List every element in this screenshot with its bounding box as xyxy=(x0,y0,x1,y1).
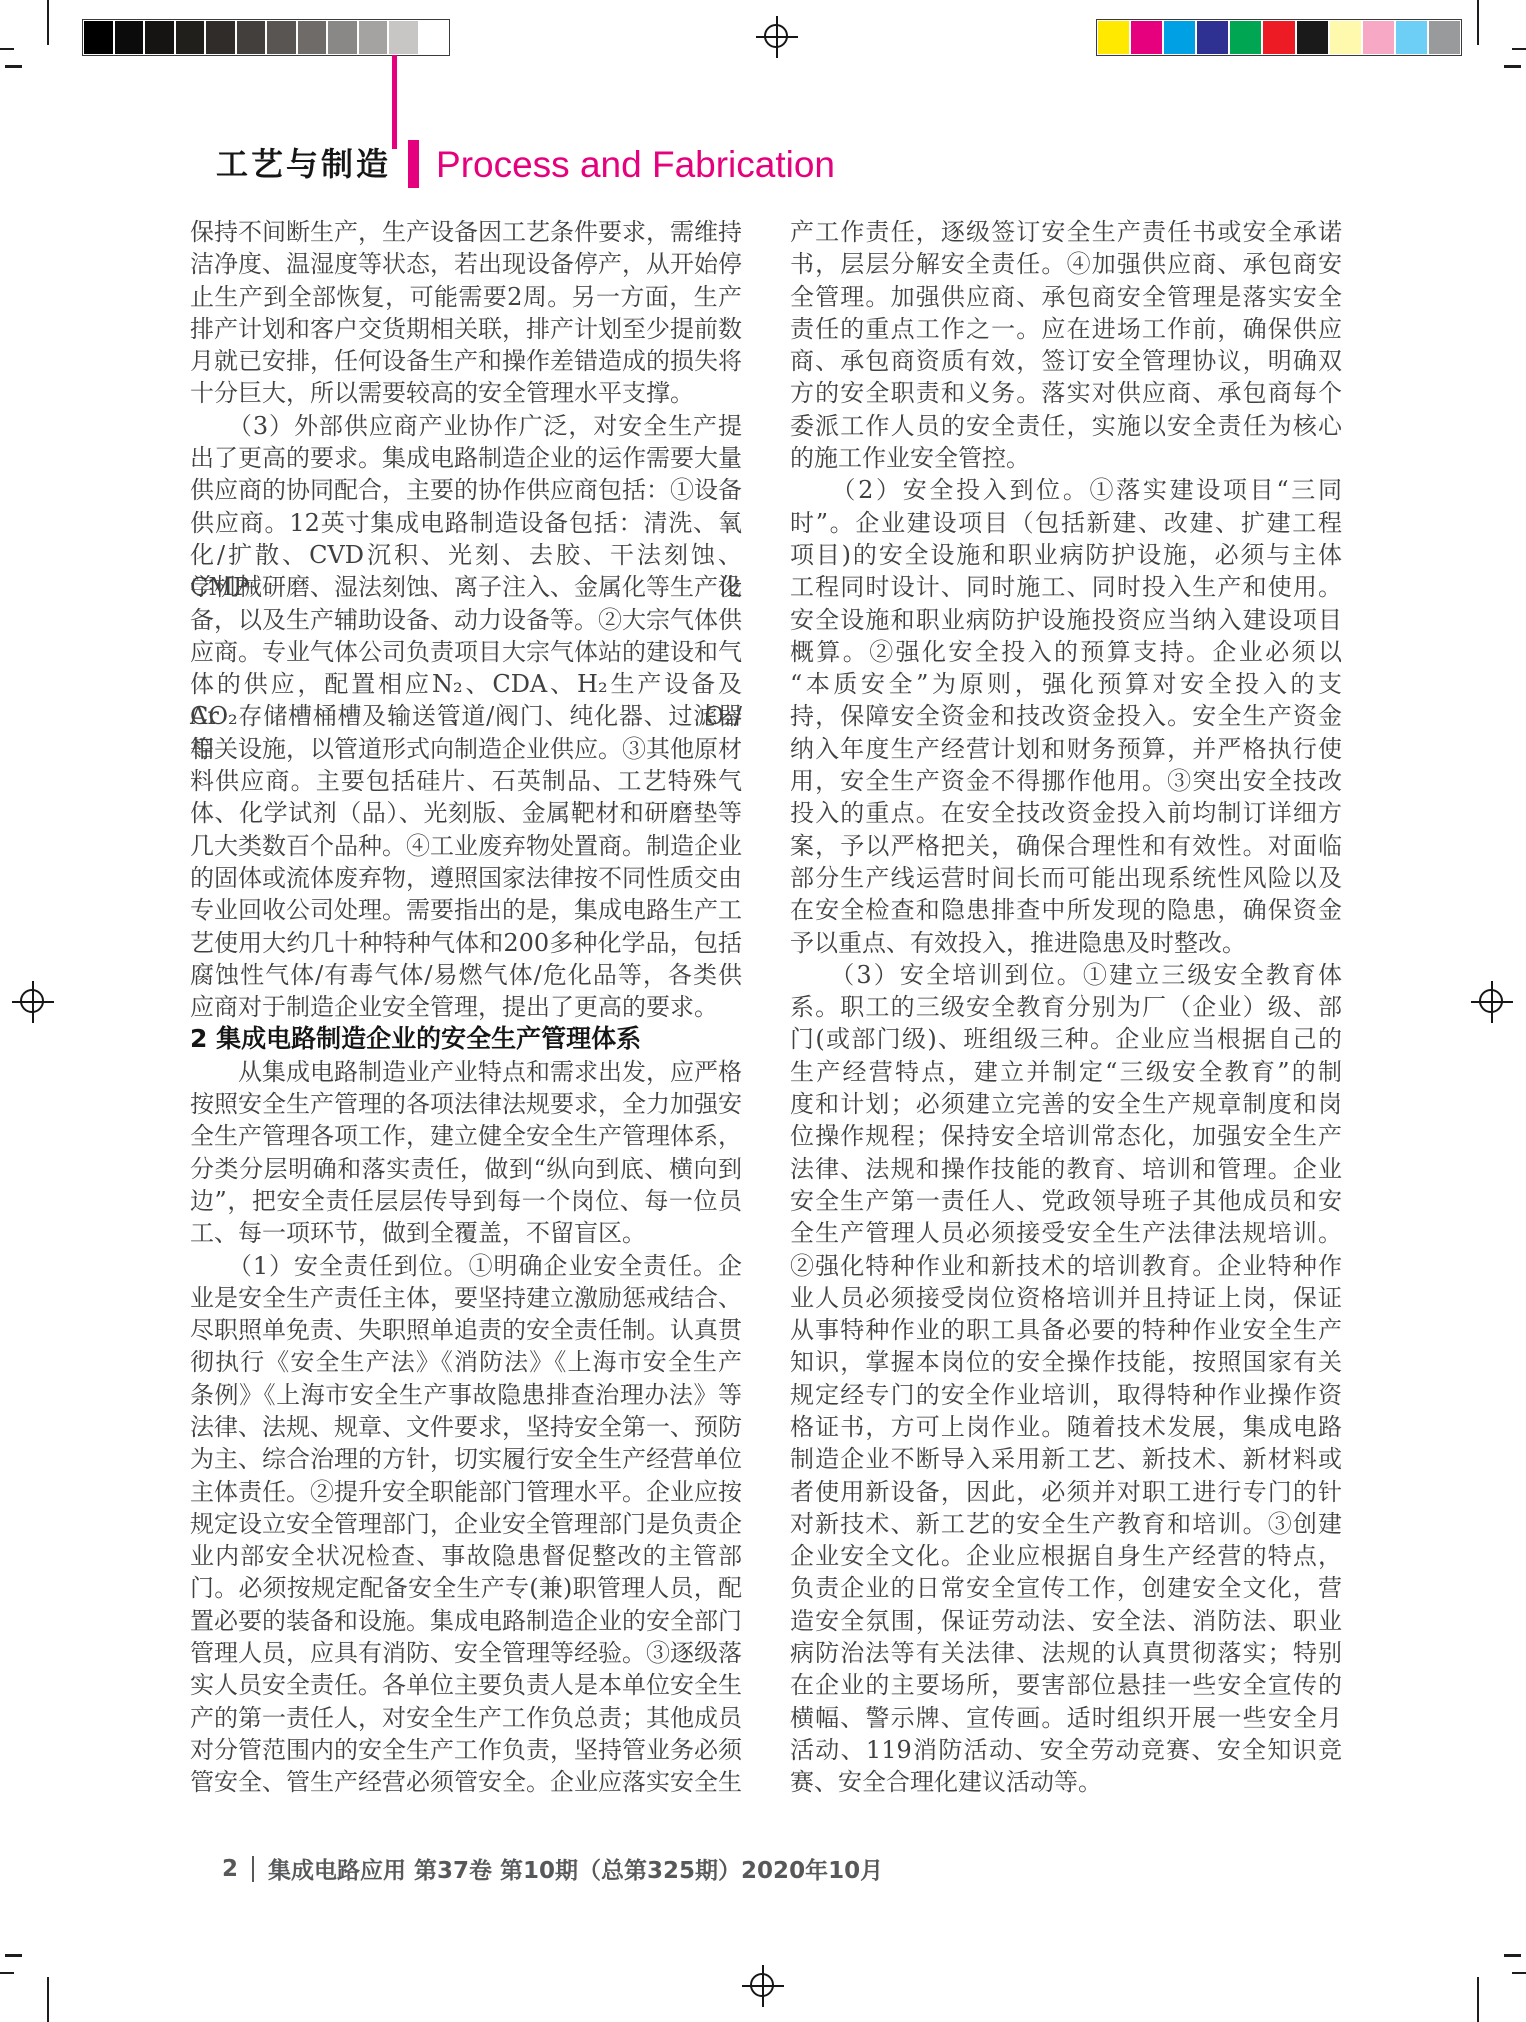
body-text-line: 门(或部门级)、班组级三种。企业应当根据自己的 xyxy=(790,1023,1342,1055)
calibration-patch xyxy=(1429,21,1460,54)
body-text-line: 案，予以严格把关，确保合理性和有效性。对面临 xyxy=(790,830,1342,862)
body-text-line: 从事特种作业的职工具备必要的特种作业安全生产 xyxy=(790,1314,1342,1346)
body-text-line: 在安全检查和隐患排查中所发现的隐患，确保资金 xyxy=(790,894,1342,926)
section-title-en: Process and Fabrication xyxy=(436,146,835,183)
body-text-line: 对分管范围内的安全生产工作负责，坚持管业务必须 xyxy=(190,1734,742,1766)
body-text-line: 供应商。12英寸集成电路制造设备包括：清洗、氧 xyxy=(190,507,742,539)
body-text-line: 几大类数百个品种。④工业废弃物处置商。制造企业 xyxy=(190,830,742,862)
body-text-line: 格证书，方可上岗作业。随着技术发展，集成电路 xyxy=(790,1411,1342,1443)
crop-mark-top-left xyxy=(47,0,49,45)
body-text-line: 出了更高的要求。集成电路制造企业的运作需要大量 xyxy=(190,442,742,474)
body-text-line: 从集成电路制造业产业特点和需求出发，应严格 xyxy=(190,1056,742,1088)
body-text-line: 应商。专业气体公司负责项目大宗气体站的建设和气 xyxy=(190,636,742,668)
body-text-line: 制造企业不断导入采用新工艺、新技术、新材料或 xyxy=(790,1443,1342,1475)
calibration-patch xyxy=(237,21,266,54)
body-text-line: 为主、综合治理的方针，切实履行安全生产经营单位 xyxy=(190,1443,742,1475)
body-text-line: 全生产管理人员必须接受安全生产法律法规培训。 xyxy=(790,1217,1342,1249)
body-text-line: 对新技术、新工艺的安全生产教育和培训。③创建 xyxy=(790,1508,1342,1540)
crop-mark-bottom-left xyxy=(47,1977,49,2022)
body-text-line: 纳入年度生产经营计划和财务预算，并严格执行使 xyxy=(790,733,1342,765)
body-text-line: 彻执行《安全生产法》《消防法》《上海市安全生产 xyxy=(190,1346,742,1378)
body-text-line: （3）外部供应商产业协作广泛，对安全生产提 xyxy=(190,410,742,442)
article-column-right: 产工作责任，逐级签订安全生产责任书或安全承诺书，层层分解安全责任。④加强供应商、… xyxy=(790,216,1342,1799)
body-text-line: 主体责任。②提升安全职能部门管理水平。企业应按 xyxy=(190,1476,742,1508)
body-text-line: 月就已安排，任何设备生产和操作差错造成的损失将 xyxy=(190,345,742,377)
body-text-line: 供应商的协同配合，主要的协作供应商包括：①设备 xyxy=(190,474,742,506)
body-text-line: 法律、法规和操作技能的教育、培训和管理。企业 xyxy=(790,1153,1342,1185)
body-text-line: 尽职照单免责、失职照单追责的安全责任制。认真贯 xyxy=(190,1314,742,1346)
crop-mark-bottom-right xyxy=(1477,1977,1479,2022)
body-text-line: 部分生产线运营时间长而可能出现系统性风险以及 xyxy=(790,862,1342,894)
calibration-patch xyxy=(267,21,296,54)
body-text-line: 管安全、管生产经营必须管安全。企业应落实安全生 xyxy=(190,1766,742,1798)
body-text-line: 横幅、警示牌、宣传画。适时组织开展一些安全月 xyxy=(790,1702,1342,1734)
edge-dash-bottom-left-1 xyxy=(0,1972,14,1974)
journal-info: 集成电路应用 第37卷 第10期（总第325期）2020年10月 xyxy=(268,1852,883,1885)
registration-mark-top xyxy=(756,16,798,58)
body-text-line: 门。必须按规定配备安全生产专(兼)职管理人员，配 xyxy=(190,1572,742,1604)
body-text-line: 腐蚀性气体/有毒气体/易燃气体/危化品等，各类供 xyxy=(190,959,742,991)
body-text-line: 责任的重点工作之一。应在进场工作前，确保供应 xyxy=(790,313,1342,345)
grayscale-calibration-bar xyxy=(82,19,450,56)
body-text-line: 的固体或流体废弃物，遵照国家法律按不同性质交由 xyxy=(190,862,742,894)
body-text-line: 书，层层分解安全责任。④加强供应商、承包商安 xyxy=(790,248,1342,280)
calibration-patch xyxy=(84,21,113,54)
page-number: 2 xyxy=(222,1856,238,1882)
body-text-line: 法律、法规、规章、文件要求，坚持安全第一、预防 xyxy=(190,1411,742,1443)
edge-dash-right-2 xyxy=(1504,65,1521,68)
body-text-line: 料供应商。主要包括硅片、石英制品、工艺特殊气 xyxy=(190,765,742,797)
body-text-line: 产工作责任，逐级签订安全生产责任书或安全承诺 xyxy=(790,216,1342,248)
registration-mark-bottom xyxy=(742,1965,784,2007)
body-text-line: （1）安全责任到位。①明确企业安全责任。企 xyxy=(190,1250,742,1282)
header-divider-bar xyxy=(408,140,419,188)
body-text-line: 止生产到全部恢复，可能需要2周。另一方面，生产 xyxy=(190,281,742,313)
body-text-line: 相关设施，以管道形式向制造企业供应。③其他原材 xyxy=(190,733,742,765)
body-text-line: 十分巨大，所以需要较高的安全管理水平支撑。 xyxy=(190,377,742,409)
body-text-line: 专业回收公司处理。需要指出的是，集成电路生产工 xyxy=(190,894,742,926)
body-text-line: 者使用新设备，因此，必须并对职工进行专门的针 xyxy=(790,1476,1342,1508)
body-text-line: 规定经专门的安全作业培训，取得特种作业操作资 xyxy=(790,1379,1342,1411)
registration-mark-right xyxy=(1471,981,1513,1023)
body-text-line: 工、每一项环节，做到全覆盖，不留盲区。 xyxy=(190,1217,742,1249)
color-calibration-bar xyxy=(1096,19,1462,56)
edge-dash-left-1 xyxy=(0,48,14,50)
body-text-line: 安全生产第一责任人、党政领导班子其他成员和安 xyxy=(790,1185,1342,1217)
calibration-patch xyxy=(1098,21,1129,54)
section-title-cn: 工艺与制造 xyxy=(216,148,391,180)
body-text-line: 排产计划和客户交货期相关联，排产计划至少提前数 xyxy=(190,313,742,345)
calibration-patch xyxy=(1230,21,1261,54)
body-text-line: 全管理。加强供应商、承包商安全管理是落实安全 xyxy=(790,281,1342,313)
body-text-line: 化/扩散、CVD沉积、光刻、去胶、干法刻蚀、CMP化 xyxy=(190,539,742,571)
body-text-line: 分类分层明确和落实责任，做到“纵向到底、横向到 xyxy=(190,1153,742,1185)
calibration-patch xyxy=(1263,21,1294,54)
scanned-journal-page: { "page": { "accent_color": "#e5017d", "… xyxy=(0,0,1526,2022)
body-text-line: 备，以及生产辅助设备、动力设备等。②大宗气体供 xyxy=(190,604,742,636)
calibration-patch xyxy=(1197,21,1228,54)
body-text-line: 持，保障安全资金和技改资金投入。安全生产资金 xyxy=(790,700,1342,732)
accent-vertical-line xyxy=(392,55,397,149)
body-text-line: 病防治法等有关法律、法规的认真贯彻落实；特别 xyxy=(790,1637,1342,1669)
body-text-line: 企业安全文化。企业应根据自身生产经营的特点， xyxy=(790,1540,1342,1572)
calibration-patch xyxy=(206,21,235,54)
crop-mark-top-right xyxy=(1477,0,1479,45)
body-text-line: 业人员必须接受岗位资格培训并且持证上岗，保证 xyxy=(790,1282,1342,1314)
body-text-line: 保持不间断生产，生产设备因工艺条件要求，需维持 xyxy=(190,216,742,248)
body-text-line: 在企业的主要场所，要害部位悬挂一些安全宣传的 xyxy=(790,1669,1342,1701)
section-heading: 2 集成电路制造企业的安全生产管理体系 xyxy=(190,1023,742,1055)
body-text-line: 边”，把安全责任层层传导到每一个岗位、每一位员 xyxy=(190,1185,742,1217)
body-text-line: 概算。②强化安全投入的预算支持。企业必须以 xyxy=(790,636,1342,668)
body-text-line: 位操作规程；保持安全培训常态化，加强安全生产 xyxy=(790,1120,1342,1152)
body-text-line: 活动、119消防活动、安全劳动竞赛、安全知识竞 xyxy=(790,1734,1342,1766)
body-text-line: 知识，掌握本岗位的安全操作技能，按照国家有关 xyxy=(790,1346,1342,1378)
body-text-line: （3）安全培训到位。①建立三级安全教育体 xyxy=(790,959,1342,991)
calibration-patch xyxy=(1297,21,1328,54)
body-text-line: （2）安全投入到位。①落实建设项目“三同 xyxy=(790,474,1342,506)
body-text-line: 投入的重点。在安全技改资金投入前均制订详细方 xyxy=(790,797,1342,829)
body-text-line: 工程同时设计、同时施工、同时投入生产和使用。 xyxy=(790,571,1342,603)
edge-dash-bottom-right-1 xyxy=(1512,1972,1526,1974)
calibration-patch xyxy=(328,21,357,54)
calibration-patch xyxy=(420,21,449,54)
calibration-patch xyxy=(1396,21,1427,54)
body-text-line: 业是安全生产责任主体，要坚持建立激励惩戒结合、 xyxy=(190,1282,742,1314)
body-text-line: 管理人员，应具有消防、安全管理等经验。③逐级落 xyxy=(190,1637,742,1669)
body-text-line: 方的安全职责和义务。落实对供应商、承包商每个 xyxy=(790,377,1342,409)
calibration-patch xyxy=(298,21,327,54)
body-text-line: 体、化学试剂（品）、光刻版、金属靶材和研磨垫等 xyxy=(190,797,742,829)
body-text-line: 商、承包商资质有效，签订安全管理协议，明确双 xyxy=(790,345,1342,377)
body-text-line: 造安全氛围，保证劳动法、安全法、消防法、职业 xyxy=(790,1605,1342,1637)
calibration-patch xyxy=(359,21,388,54)
calibration-patch xyxy=(115,21,144,54)
body-text-line: 负责企业的日常安全宣传工作，创建安全文化，营 xyxy=(790,1572,1342,1604)
body-text-line: 赛、安全合理化建议活动等。 xyxy=(790,1766,1342,1798)
article-column-left: 保持不间断生产，生产设备因工艺条件要求，需维持洁净度、温湿度等状态，若出现设备停… xyxy=(190,216,742,1799)
body-text-line: 予以重点、有效投入，推进隐患及时整改。 xyxy=(790,927,1342,959)
calibration-patch xyxy=(145,21,174,54)
body-text-line: 安全设施和职业病防护设施投资应当纳入建设项目 xyxy=(790,604,1342,636)
section-header: 工艺与制造 Process and Fabrication xyxy=(216,140,835,188)
body-text-line: 置必要的装备和设施。集成电路制造企业的安全部门 xyxy=(190,1605,742,1637)
body-text-line: 按照安全生产管理的各项法律法规要求，全力加强安 xyxy=(190,1088,742,1120)
body-text-line: 应商对于制造企业安全管理，提出了更高的要求。 xyxy=(190,991,742,1023)
body-text-line: 度和计划；必须建立完善的安全生产规章制度和岗 xyxy=(790,1088,1342,1120)
calibration-patch xyxy=(176,21,205,54)
body-text-line: 业内部安全状况检查、事故隐患督促整改的主管部 xyxy=(190,1540,742,1572)
edge-dash-left-2 xyxy=(5,65,22,68)
body-text-line: 项目)的安全设施和职业病防护设施，必须与主体 xyxy=(790,539,1342,571)
calibration-patch xyxy=(389,21,418,54)
registration-mark-left xyxy=(12,981,54,1023)
calibration-patch xyxy=(1330,21,1361,54)
body-text-line: 艺使用大约几十种特种气体和200多种化学品，包括 xyxy=(190,927,742,959)
body-text-line: 委派工作人员的安全责任，实施以安全责任为核心 xyxy=(790,410,1342,442)
body-text-line: 规定设立安全管理部门，企业安全管理部门是负责企 xyxy=(190,1508,742,1540)
footer-divider xyxy=(252,1856,254,1882)
page-footer: 2 集成电路应用 第37卷 第10期（总第325期）2020年10月 xyxy=(222,1852,883,1885)
body-text-line: ②强化特种作业和新技术的培训教育。企业特种作 xyxy=(790,1250,1342,1282)
body-text-line: 条例》《上海市安全生产事故隐患排查治理办法》等 xyxy=(190,1379,742,1411)
body-text-line: CO₂存储槽桶槽及输送管道/阀门、纯化器、过滤器等 xyxy=(190,700,742,732)
calibration-patch xyxy=(1363,21,1394,54)
body-text-line: 生产经营特点，建立并制定“三级安全教育”的制 xyxy=(790,1056,1342,1088)
body-text-line: 产的第一责任人，对安全生产工作负总责；其他成员 xyxy=(190,1702,742,1734)
body-text-line: 用，安全生产资金不得挪作他用。③突出安全技改 xyxy=(790,765,1342,797)
calibration-patch xyxy=(1131,21,1162,54)
calibration-patch xyxy=(1164,21,1195,54)
edge-dash-bottom-right-2 xyxy=(1504,1954,1521,1957)
edge-dash-bottom-left-2 xyxy=(5,1954,22,1957)
body-text-line: 学机械研磨、湿法刻蚀、离子注入、金属化等生产设 xyxy=(190,571,742,603)
body-text-line: “本质安全”为原则，强化预算对安全投入的支 xyxy=(790,668,1342,700)
body-text-line: 的施工作业安全管控。 xyxy=(790,442,1342,474)
body-text-line: 时”。企业建设项目（包括新建、改建、扩建工程 xyxy=(790,507,1342,539)
body-text-line: 洁净度、温湿度等状态，若出现设备停产，从开始停 xyxy=(190,248,742,280)
edge-dash-right-1 xyxy=(1512,48,1526,50)
body-text-line: 系。职工的三级安全教育分别为厂（企业）级、部 xyxy=(790,991,1342,1023)
body-text-line: 体的供应，配置相应N₂、CDA、H₂生产设备及Ar、O₂/ xyxy=(190,668,742,700)
body-text-line: 全生产管理各项工作，建立健全安全生产管理体系， xyxy=(190,1120,742,1152)
body-text-line: 实人员安全责任。各单位主要负责人是本单位安全生 xyxy=(190,1669,742,1701)
